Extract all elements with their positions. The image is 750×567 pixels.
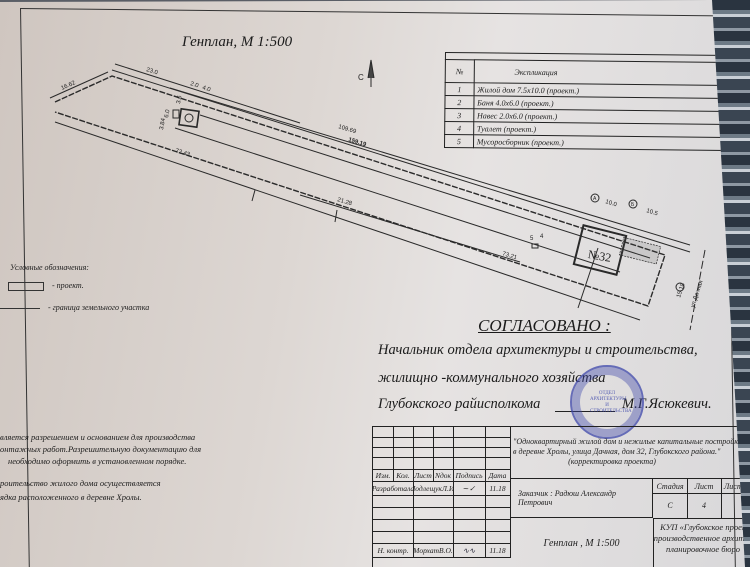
svg-text:15.18: 15.18 (676, 282, 687, 299)
customer: Заказчик : Радюш Александр Петрович (510, 479, 653, 518)
svg-text:23.0: 23.0 (145, 67, 159, 76)
svg-text:С: С (358, 73, 364, 82)
legend-title: Условные обозначения: (10, 263, 89, 272)
stage-label: Стадия (653, 479, 688, 494)
project-line-1: "Одноквартирный жилой дом и нежилые капи… (513, 437, 742, 446)
svg-text:А: А (593, 196, 597, 202)
svg-text:10.5: 10.5 (645, 208, 659, 217)
svg-text:Б: Б (631, 202, 635, 208)
org-line-2: производственное архитек (654, 533, 750, 543)
control-name: МорхатВ.О. (413, 543, 454, 558)
revision-grid: Изм. Кол. Лист Nдок Подпись Дата Разрабо… (373, 427, 510, 567)
note-line: онтажных работ.Разрешительную документац… (0, 444, 201, 454)
control-signature: ∿∿ (453, 543, 486, 558)
approval-line-3: Глубокского райисполкома (378, 396, 540, 413)
svg-text:ул.Дачная: ул.Дачная (690, 280, 704, 309)
org-line-3: планировочное бюро (666, 544, 740, 554)
legend-boundary-symbol (0, 308, 40, 309)
sheet-label: Лист (687, 479, 722, 494)
legend-project-label: - проект. (52, 281, 84, 290)
svg-text:72.43: 72.43 (174, 148, 191, 158)
developed-name: ПодлещукЛ.И. (413, 481, 454, 496)
table-row: 5Мусоросборник (проект.) (444, 135, 743, 151)
stage-value: С (653, 493, 688, 519)
svg-text:21.28: 21.28 (336, 197, 353, 207)
control-date: 11.18 (485, 543, 511, 558)
note-line: вляется разрешением и основанием для про… (0, 432, 195, 442)
approval-heading: СОГЛАСОВАНО : (478, 316, 611, 336)
project-line-2: в деревне Хролы, улица Дачная, дом 32, Г… (513, 447, 720, 456)
svg-text:5: 5 (530, 236, 534, 242)
svg-text:10.0: 10.0 (604, 199, 618, 208)
sheet-value: 4 (687, 493, 722, 519)
explication-table: № Экспликация 1Жилой дом 7.5х10.0 (проек… (444, 52, 745, 151)
legend-boundary-label: - граница земельного участка (48, 303, 149, 312)
stamp-text: ОТДЕЛ АРХИТЕКТУРЫ И СТРОИТЕЛЬСТВА (590, 391, 624, 415)
svg-text:73.21: 73.21 (501, 251, 518, 261)
project-description: "Одноквартирный жилой дом и нежилые капи… (510, 427, 750, 479)
note-line: роительство жилого дома осуществляется (0, 478, 161, 488)
svg-text:6.0: 6.0 (164, 108, 171, 118)
svg-text:109.69: 109.69 (337, 124, 357, 135)
sheet-name: Генплан , М 1:500 (510, 518, 654, 567)
project-line-3: (корректировка проекта) (513, 457, 750, 467)
note-line: ядка расположенного в деревне Хролы. (0, 492, 142, 502)
developed-label: Разработала (373, 481, 414, 496)
control-label: Н. контр. (373, 543, 414, 558)
approval-line-1: Начальник отдела архитектуры и строитель… (378, 342, 698, 359)
legend-project-symbol (8, 282, 44, 291)
svg-text:3.84: 3.84 (159, 117, 167, 130)
drawing-sheet: Генплан, М 1:500 (0, 0, 745, 567)
approval-line-2: жилищно -коммунального хозяйства (378, 370, 606, 387)
developer-signature: ~✓ (453, 481, 486, 496)
org-line-1: КУП «Глубокское проек (660, 522, 746, 532)
developed-date: 11.18 (485, 481, 511, 496)
explication-header: № Экспликация (445, 60, 744, 86)
svg-text:4: 4 (540, 234, 544, 240)
note-line: необходимо оформить в установленном поря… (8, 456, 186, 466)
svg-text:3.6: 3.6 (176, 94, 183, 104)
title-block: Изм. Кол. Лист Nдок Подпись Дата Разрабо… (372, 426, 750, 567)
organization: КУП «Глубокское проек производственное а… (653, 518, 750, 567)
